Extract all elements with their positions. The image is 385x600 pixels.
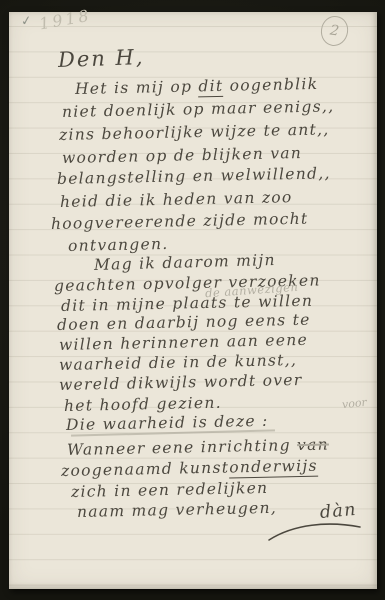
letter-line: ontvangen. xyxy=(68,235,169,255)
line-text: heid die ik heden van zoo xyxy=(60,188,293,211)
letter-line: het hoofd gezien. xyxy=(64,394,222,415)
letter-line: waarheid die in de kunst,, xyxy=(59,351,298,374)
page-number: 2 xyxy=(329,22,340,39)
page-number-circle: 2 xyxy=(319,14,350,47)
line-text: belangstelling en welwillend,, xyxy=(57,164,331,188)
salutation-text: Den H, xyxy=(58,45,145,72)
line-text: ontvangen. xyxy=(68,235,169,255)
ink-flourish-underline xyxy=(266,518,364,546)
line-text: naam mag verheugen, xyxy=(77,499,277,521)
line-text: zoogenaamd kunst xyxy=(61,458,230,480)
letter-line: zoogenaamd kunstonderwijs xyxy=(61,457,318,480)
scanned-letter-photo: ✓ 1918 2 Den H, Het is mij op dit oogenb… xyxy=(0,0,385,600)
letter-line: willen herinneren aan eene xyxy=(59,331,308,354)
letter-line: Wanneer eene inrichting van xyxy=(67,436,329,459)
letter-line: niet doenlijk op maar eenigs,, xyxy=(62,97,335,121)
line-text: hoogvereerende zijde mocht xyxy=(51,210,309,233)
pencil-correction-note: voor xyxy=(341,396,367,412)
letter-line: woorden op de blijken van xyxy=(62,144,302,167)
letter-line: Het is mij op dit oogenblik xyxy=(75,75,319,98)
letter-line: zins behoorlijke wijze te ant,, xyxy=(59,120,330,144)
line-text: Het is mij op xyxy=(75,77,199,98)
salutation: Den H, xyxy=(58,45,145,72)
letter-line: belangstelling en welwillend,, xyxy=(57,164,331,188)
underlined-word: dit xyxy=(198,77,223,98)
letter-line: hoogvereerende zijde mocht xyxy=(51,210,309,233)
underlined-word: onderwijs xyxy=(229,457,318,479)
letter-line: heid die ik heden van zoo xyxy=(60,188,293,211)
pencil-checkmark-icon: ✓ xyxy=(20,13,33,29)
letter-line: wereld dikwijls wordt over xyxy=(59,371,303,394)
line-text: waarheid die in de kunst,, xyxy=(59,351,298,374)
line-text: oogenblik xyxy=(223,75,318,95)
line-text: woorden op de blijken van xyxy=(62,144,302,167)
line-text: Mag ik daarom mijn xyxy=(94,251,276,274)
line-text: het hoofd gezien. xyxy=(64,394,222,415)
line-text: Wanneer eene inrichting xyxy=(67,436,297,459)
letter-line: naam mag verheugen, xyxy=(77,499,277,521)
letter-page: ✓ 1918 2 Den H, Het is mij op dit oogenb… xyxy=(9,12,377,589)
letter-line: Mag ik daarom mijn xyxy=(94,251,276,274)
line-text: zich in een redelijken xyxy=(71,479,269,501)
line-text: niet doenlijk op maar eenigs,, xyxy=(62,97,335,121)
line-text: zins behoorlijke wijze te ant,, xyxy=(59,120,330,144)
line-text: willen herinneren aan eene xyxy=(59,331,308,354)
line-text: wereld dikwijls wordt over xyxy=(59,371,303,394)
struck-word: van xyxy=(297,436,329,455)
letter-line: zich in een redelijken xyxy=(71,479,269,501)
